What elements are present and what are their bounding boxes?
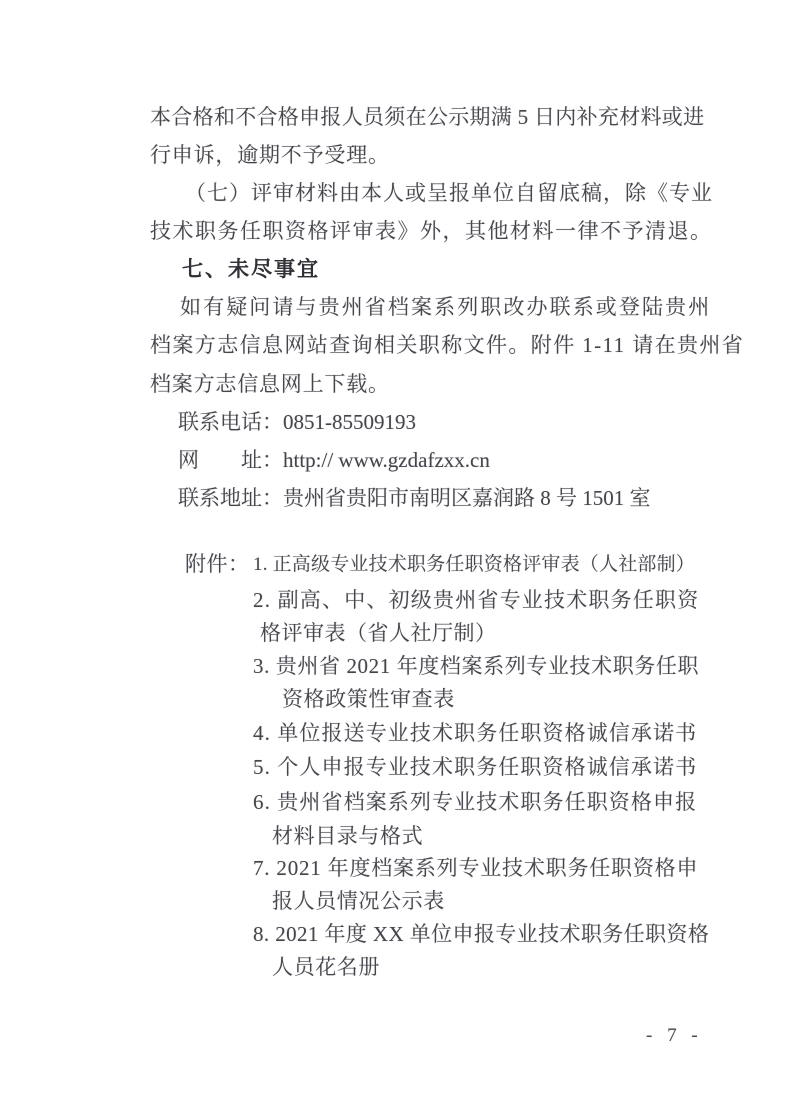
document-page: 本合格和不合格申报人员须在公示期满 5 日内补充材料或进 行申诉，逾期不予受理。… bbox=[0, 0, 800, 1098]
attachment-line-2b: 格评审表（省人社厅制） bbox=[260, 620, 497, 647]
attachment-line-3a: 3. 贵州省 2021 年度档案系列专业技术职务任职 bbox=[253, 653, 699, 680]
para-misc-line1: 如有疑问请与贵州省档案系列职改办联系或登陆贵州 bbox=[180, 294, 711, 321]
contact-phone-value: 0851-85509193 bbox=[283, 410, 416, 434]
para-supplement-line2: 行申诉，逾期不予受理。 bbox=[150, 142, 390, 169]
para-misc-line2: 档案方志信息网站查询相关职称文件。附件 1-11 请在贵州省 bbox=[150, 332, 744, 359]
attachment-line-2a: 2. 副高、中、初级贵州省专业技术职务任职资 bbox=[253, 587, 699, 614]
contact-address-line: 联系地址：贵州省贵阳市南明区嘉润路 8 号 1501 室 bbox=[178, 485, 651, 512]
attachment-line-5: 5. 个人申报专业技术职务任职资格诚信承诺书 bbox=[253, 754, 697, 781]
attachment-line-4: 4. 单位报送专业技术职务任职资格诚信承诺书 bbox=[253, 720, 697, 747]
para-materials-line1: （七）评审材料由本人或呈报单位自留底稿，除《专业 bbox=[185, 180, 713, 207]
contact-address-label: 联系地址： bbox=[178, 486, 283, 510]
attachment-line-7b: 报人员情况公示表 bbox=[272, 888, 445, 915]
attachment-line-3b: 资格政策性审查表 bbox=[282, 686, 455, 713]
attachment-line-6a: 6. 贵州省档案系列专业技术职务任职资格申报 bbox=[253, 789, 697, 816]
attachment-line-8a: 8. 2021 年度 XX 单位申报专业技术职务任职资格 bbox=[253, 921, 709, 948]
attachment-line-1: 1. 正高级专业技术职务任职资格评审表（人社部制） bbox=[253, 551, 695, 578]
attachments-label: 附件： bbox=[185, 551, 250, 578]
contact-website-label: 网 址： bbox=[178, 448, 283, 472]
attachment-line-7a: 7. 2021 年度档案系列专业技术职务任职资格申 bbox=[253, 855, 698, 882]
contact-website-value: http:// www.gzdafzxx.cn bbox=[283, 448, 490, 472]
contact-phone-label: 联系电话： bbox=[178, 410, 283, 434]
para-supplement-line1: 本合格和不合格申报人员须在公示期满 5 日内补充材料或进 bbox=[150, 104, 704, 131]
contact-phone-line: 联系电话：0851-85509193 bbox=[178, 409, 416, 436]
contact-website-line: 网 址：http:// www.gzdafzxx.cn bbox=[178, 447, 490, 474]
page-number: - 7 - bbox=[646, 1022, 703, 1049]
para-misc-line3: 档案方志信息网上下载。 bbox=[150, 371, 390, 398]
contact-address-value: 贵州省贵阳市南明区嘉润路 8 号 1501 室 bbox=[283, 486, 651, 510]
section-heading-misc: 七、未尽事宜 bbox=[182, 256, 320, 283]
attachment-line-6b: 材料目录与格式 bbox=[272, 823, 423, 850]
para-materials-line2: 技术职务任职资格评审表》外，其他材料一律不予清退。 bbox=[150, 218, 713, 245]
attachment-line-8b: 人员花名册 bbox=[272, 954, 380, 981]
